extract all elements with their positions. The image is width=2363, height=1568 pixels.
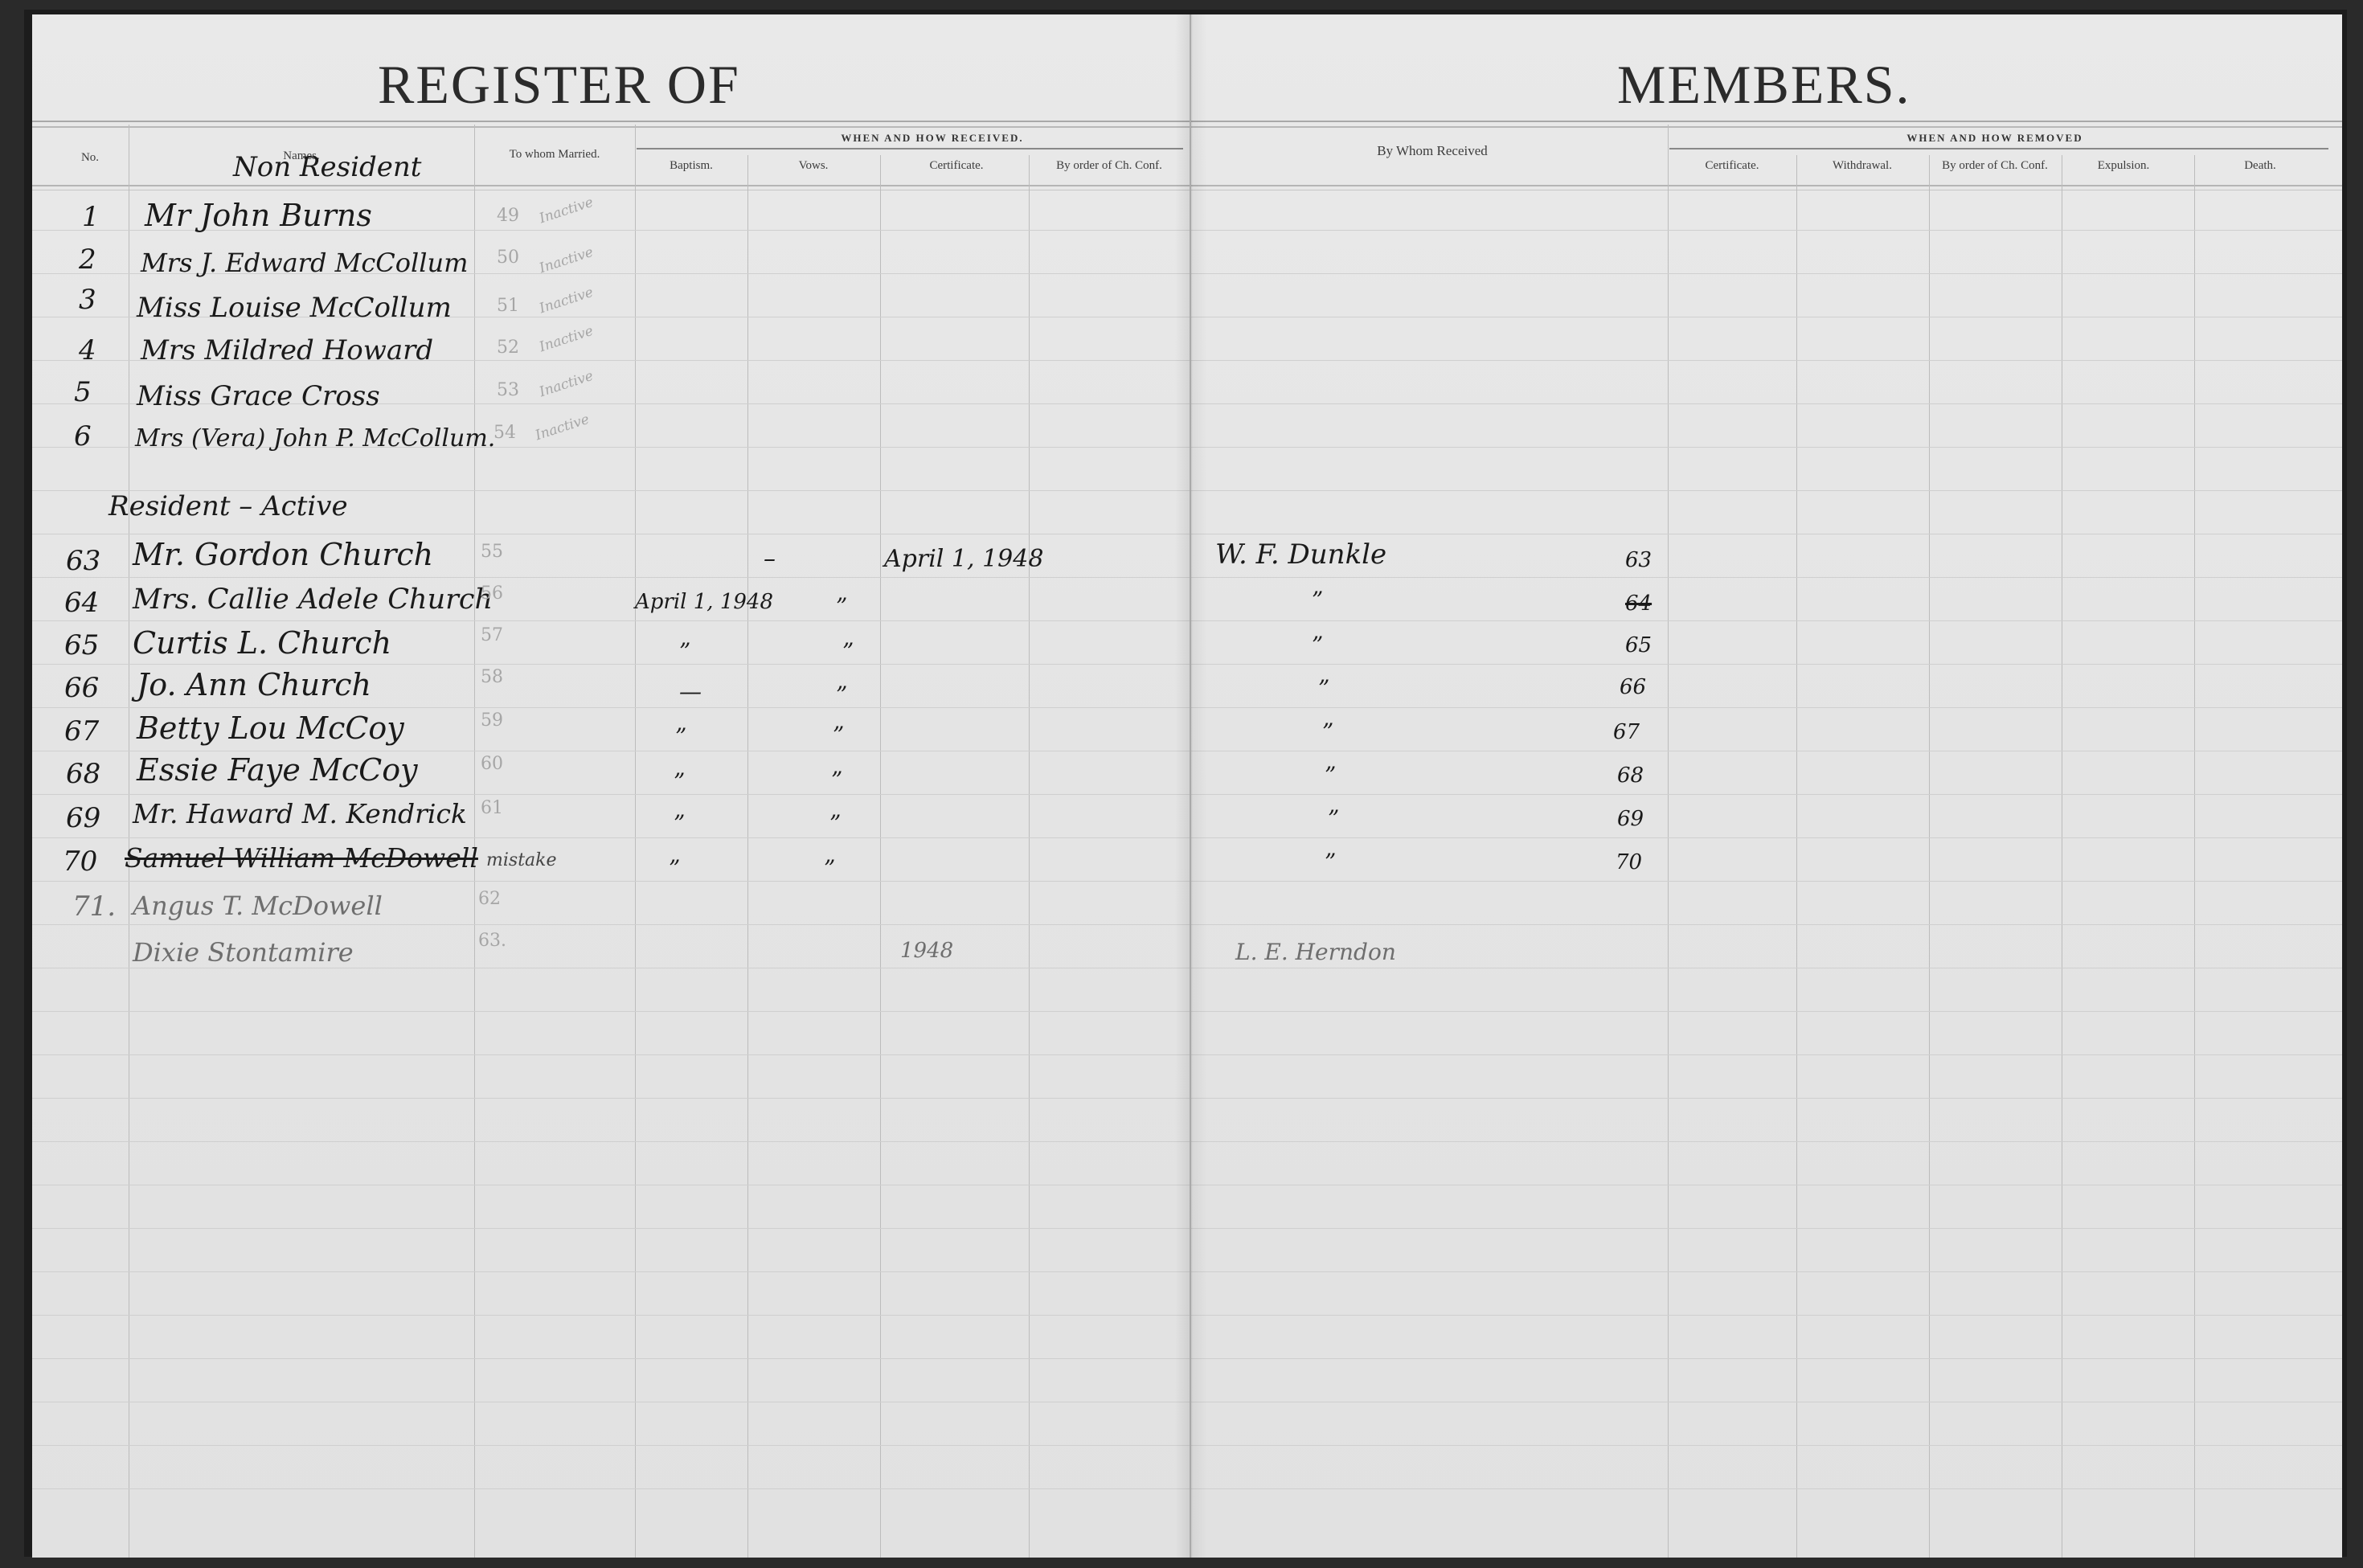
married-ref: 56 <box>481 583 503 604</box>
received-by: ” <box>1328 805 1339 832</box>
baptism-value: ” <box>674 768 685 795</box>
married-ref: 63. <box>478 931 506 951</box>
vows-value: ” <box>824 855 835 882</box>
baptism-value: ” <box>674 810 685 837</box>
received-by: L. E. Herndon <box>1235 939 1396 965</box>
row-number: 4 <box>79 334 96 366</box>
ref-number: 65 <box>1625 633 1652 657</box>
received-by: ” <box>1312 587 1323 613</box>
inactive-note: Inactive <box>538 323 596 355</box>
row-number: 68 <box>66 758 100 790</box>
left-page: REGISTER OF No. Names. To whom Married. … <box>32 14 1191 1558</box>
member-name: Dixie Stontamire <box>133 937 354 968</box>
baptism-value: ” <box>669 855 680 882</box>
col-divider <box>1929 155 1930 1558</box>
ref-number: 66 <box>1620 675 1646 699</box>
member-name: Betty Lou McCoy <box>137 710 404 746</box>
col-divider <box>2062 155 2062 1558</box>
member-name: Mrs (Vera) John P. McCollum. <box>135 424 495 452</box>
header-certificate: Certificate. <box>1705 159 1759 173</box>
married-ref: 49 <box>497 206 519 226</box>
col-divider <box>1029 155 1030 1558</box>
group-rule <box>637 148 1183 149</box>
received-by: ” <box>1318 675 1329 702</box>
baptism-value: — <box>679 678 702 705</box>
married-ref: 54 <box>493 423 516 443</box>
baptism-value: ” <box>675 723 686 750</box>
married-ref: 59 <box>481 710 503 731</box>
header-expulsion: Expulsion. <box>2098 159 2150 173</box>
row-number: 5 <box>74 376 92 408</box>
header-certificate: Certificate. <box>929 159 983 173</box>
inactive-note: Inactive <box>538 194 596 227</box>
vows-value: ” <box>829 810 841 837</box>
inactive-note: Inactive <box>538 285 596 317</box>
received-by: ” <box>1325 762 1336 788</box>
col-divider <box>1668 125 1669 1558</box>
title-register-of: REGISTER OF <box>378 53 740 117</box>
ref-number: 69 <box>1617 807 1644 831</box>
col-divider <box>635 125 636 1558</box>
header-when-how-received: WHEN AND HOW RECEIVED. <box>841 132 1023 145</box>
row-number: 70 <box>63 845 97 878</box>
header-rule <box>1191 121 2342 128</box>
married-ref: 55 <box>481 542 503 562</box>
member-name: Mrs. Callie Adele Church <box>133 583 493 616</box>
member-name: Miss Grace Cross <box>137 380 380 412</box>
row-number: 66 <box>64 672 99 704</box>
married-ref: 52 <box>497 338 519 358</box>
row-number: 63 <box>66 545 100 577</box>
married-ref: 61 <box>481 798 503 818</box>
ref-number: 63 <box>1625 548 1652 572</box>
header-by-whom-received: By Whom Received <box>1377 143 1488 159</box>
right-page: MEMBERS. By Whom Received WHEN AND HOW R… <box>1191 14 2342 1558</box>
col-divider <box>880 155 881 1558</box>
married-ref: 57 <box>481 625 503 645</box>
header-withdrawal: Withdrawal. <box>1833 159 1892 173</box>
member-name: Mrs J. Edward McCollum <box>141 248 468 278</box>
section-non-resident: Non Resident <box>233 151 421 183</box>
inactive-note: Inactive <box>538 368 596 400</box>
member-name: Jo. Ann Church <box>137 667 371 702</box>
header-by-order: By order of Ch. Conf. <box>1942 159 2048 173</box>
row-number: 65 <box>64 629 99 661</box>
member-name: Miss Louise McCollum <box>137 292 452 324</box>
row-number: 71. <box>72 890 116 923</box>
vows-value: ” <box>836 682 847 708</box>
ref-number: 70 <box>1616 850 1642 874</box>
header-when-how-removed: WHEN AND HOW REMOVED <box>1906 132 2082 145</box>
ref-number: 68 <box>1617 764 1644 788</box>
member-name: Mr. Gordon Church <box>133 537 433 572</box>
row-number: 2 <box>79 244 96 276</box>
baptism-value: ” <box>679 638 690 665</box>
ref-number-struck: 64 <box>1625 592 1652 616</box>
inactive-note: Inactive <box>538 244 596 276</box>
header-to-whom-married: To whom Married. <box>510 148 600 162</box>
col-divider <box>1796 155 1797 1558</box>
row-number: 6 <box>74 420 92 452</box>
received-by: W. F. Dunkle <box>1215 538 1386 571</box>
row-number: 1 <box>82 201 100 233</box>
married-ref: 60 <box>481 754 503 774</box>
ref-number: 67 <box>1613 720 1640 744</box>
col-divider <box>2194 155 2195 1558</box>
vows-value: ” <box>836 593 847 620</box>
married-ref: 58 <box>481 667 503 687</box>
row-number: 3 <box>79 284 96 316</box>
subheader-rule <box>32 185 1190 190</box>
married-ref: 53 <box>497 380 519 400</box>
header-rule <box>32 121 1190 128</box>
subheader-rule <box>1191 185 2342 190</box>
member-name-struck: Samuel William McDowell <box>125 842 478 874</box>
member-name: Essie Faye McCoy <box>137 752 418 788</box>
member-name: Mr John Burns <box>145 198 372 233</box>
married-ref: 51 <box>497 296 519 316</box>
inactive-note: Inactive <box>534 411 592 444</box>
mistake-note: mistake <box>486 850 557 870</box>
row-number: 67 <box>64 715 99 747</box>
vows-value: – <box>764 545 776 573</box>
married-ref: 62 <box>478 889 501 909</box>
baptism-value: April 1, 1948 <box>635 590 773 614</box>
received-by: ” <box>1312 632 1323 658</box>
member-name: Curtis L. Church <box>133 625 391 661</box>
member-name: Mr. Haward M. Kendrick <box>133 798 467 829</box>
member-name: Angus T. McDowell <box>133 890 383 921</box>
row-number: 69 <box>66 802 100 834</box>
col-divider <box>129 125 129 1558</box>
married-ref: 50 <box>497 248 519 268</box>
header-no: No. <box>81 151 99 165</box>
col-divider <box>747 155 748 1558</box>
header-death: Death. <box>2244 159 2276 173</box>
section-resident-active: Resident – Active <box>109 490 348 522</box>
header-baptism: Baptism. <box>670 159 713 173</box>
certificate-value: April 1, 1948 <box>884 545 1043 573</box>
col-divider <box>474 125 475 1558</box>
vows-value: ” <box>833 722 844 748</box>
title-members: MEMBERS. <box>1617 53 1911 117</box>
member-name: Mrs Mildred Howard <box>141 334 433 366</box>
vows-value: ” <box>831 767 842 793</box>
certificate-value: 1948 <box>900 939 953 963</box>
header-by-order: By order of Ch. Conf. <box>1056 159 1162 173</box>
received-by: ” <box>1322 718 1333 745</box>
vows-value: ” <box>842 638 854 665</box>
row-number: 64 <box>64 587 99 619</box>
header-vows: Vows. <box>799 159 829 173</box>
received-by: ” <box>1325 849 1336 875</box>
group-rule <box>1669 148 2328 149</box>
